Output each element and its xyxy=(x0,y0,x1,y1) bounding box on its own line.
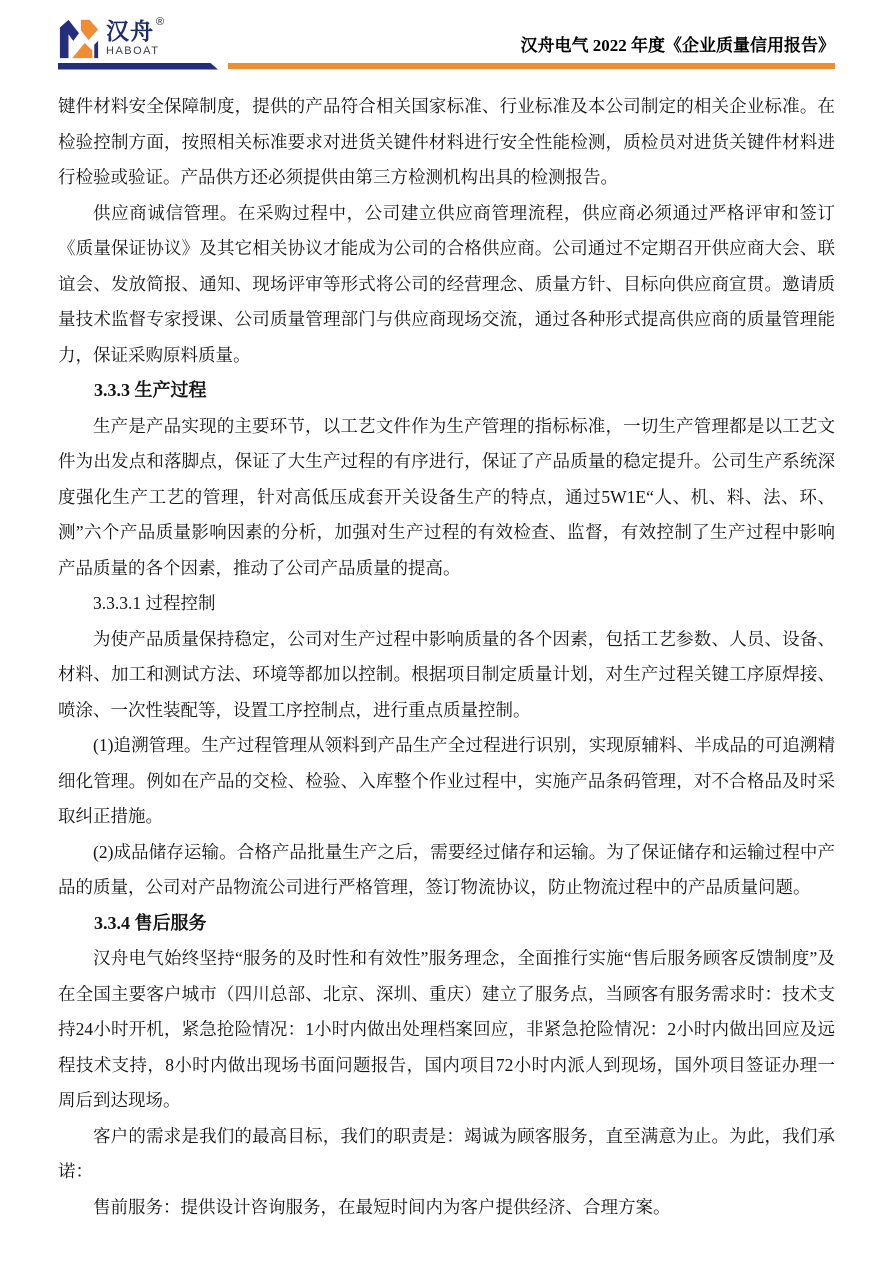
document-page: 汉舟 ® HABOAT 汉舟电气 2022 年度《企业质量信用报告》 键件材料安… xyxy=(0,0,892,1262)
paragraph: 生产是产品实现的主要环节，以工艺文件作为生产管理的指标标准，一切生产管理都是以工… xyxy=(58,409,835,587)
section-heading: 3.3.3 生产过程 xyxy=(58,373,835,409)
haboat-logo-icon xyxy=(58,18,100,60)
paragraph: 为使产品质量保持稳定，公司对生产过程中影响质量的各个因素，包括工艺参数、人员、设… xyxy=(58,622,835,729)
document-body: 键件材料安全保障制度，提供的产品符合相关国家标准、行业标准及本公司制定的相关企业… xyxy=(58,89,835,1225)
registered-trademark-icon: ® xyxy=(156,17,164,28)
paragraph: (1)追溯管理。生产过程管理从领料到产品生产全过程进行识别，实现原辅料、半成品的… xyxy=(58,728,835,835)
header-rule xyxy=(58,62,835,70)
haboat-logo: 汉舟 ® HABOAT xyxy=(58,18,164,60)
paragraph: (2)成品储存运输。合格产品批量生产之后，需要经过储存和运输。为了保证储存和运输… xyxy=(58,835,835,906)
logo-name-cn: 汉舟 xyxy=(106,20,154,43)
paragraph: 供应商诚信管理。在采购过程中，公司建立供应商管理流程，供应商必须通过严格评审和签… xyxy=(58,196,835,374)
paragraph: 客户的需求是我们的最高目标，我们的职责是：竭诚为顾客服务，直至满意为止。为此，我… xyxy=(58,1119,835,1190)
section-heading: 3.3.4 售后服务 xyxy=(58,906,835,942)
paragraph: 售前服务：提供设计咨询服务，在最短时间内为客户提供经济、合理方案。 xyxy=(58,1190,835,1226)
logo-name-en: HABOAT xyxy=(106,46,164,57)
document-title: 汉舟电气 2022 年度《企业质量信用报告》 xyxy=(521,31,836,56)
paragraph: 汉舟电气始终坚持“服务的及时性和有效性”服务理念，全面推行实施“售后服务顾客反馈… xyxy=(58,941,835,1119)
header-rule-blue-segment xyxy=(58,63,218,70)
paragraph: 键件材料安全保障制度，提供的产品符合相关国家标准、行业标准及本公司制定的相关企业… xyxy=(58,89,835,196)
header-rule-gap xyxy=(218,63,228,70)
logo-text-block: 汉舟 ® HABOAT xyxy=(106,18,164,57)
section-heading: 3.3.3.1 过程控制 xyxy=(58,586,835,622)
header-rule-orange-segment xyxy=(228,63,835,69)
page-header: 汉舟 ® HABOAT 汉舟电气 2022 年度《企业质量信用报告》 xyxy=(58,12,835,60)
